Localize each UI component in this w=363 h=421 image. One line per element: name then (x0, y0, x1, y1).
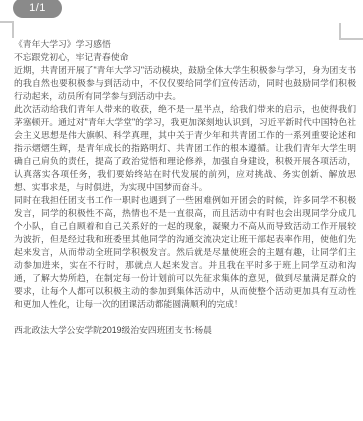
document-subtitle: 不忘跟党初心，牢记青春使命 (14, 51, 356, 64)
document-paragraph: 同时在我担任团支书工作一职时也遇到了一些困难例如开团会的时候，许多同学不积极发言… (14, 194, 356, 311)
document-title: 《青年大学习》学习感悟 (14, 38, 356, 51)
document-page: 《青年大学习》学习感悟 不忘跟党初心，牢记青春使命 近期，共青团开展了"青年大学… (14, 38, 356, 337)
document-paragraph: 此次活动给我们青年人带来的收获，绝不是一星半点，给我们带来的启示，也使得我们茅塞… (14, 103, 356, 194)
document-paragraph: 近期，共青团开展了"青年大学习"活动模块，鼓励全体大学生积极参与学习，身为团支书… (14, 64, 356, 103)
page-indicator-label: 1/1 (29, 2, 46, 14)
page-indicator-badge: 1/1 (13, 0, 62, 18)
document-signature: 西北政法大学公安学院2019级治安四班团支书:杨晨 (14, 324, 356, 337)
scan-corner-mark-left (0, 21, 14, 38)
